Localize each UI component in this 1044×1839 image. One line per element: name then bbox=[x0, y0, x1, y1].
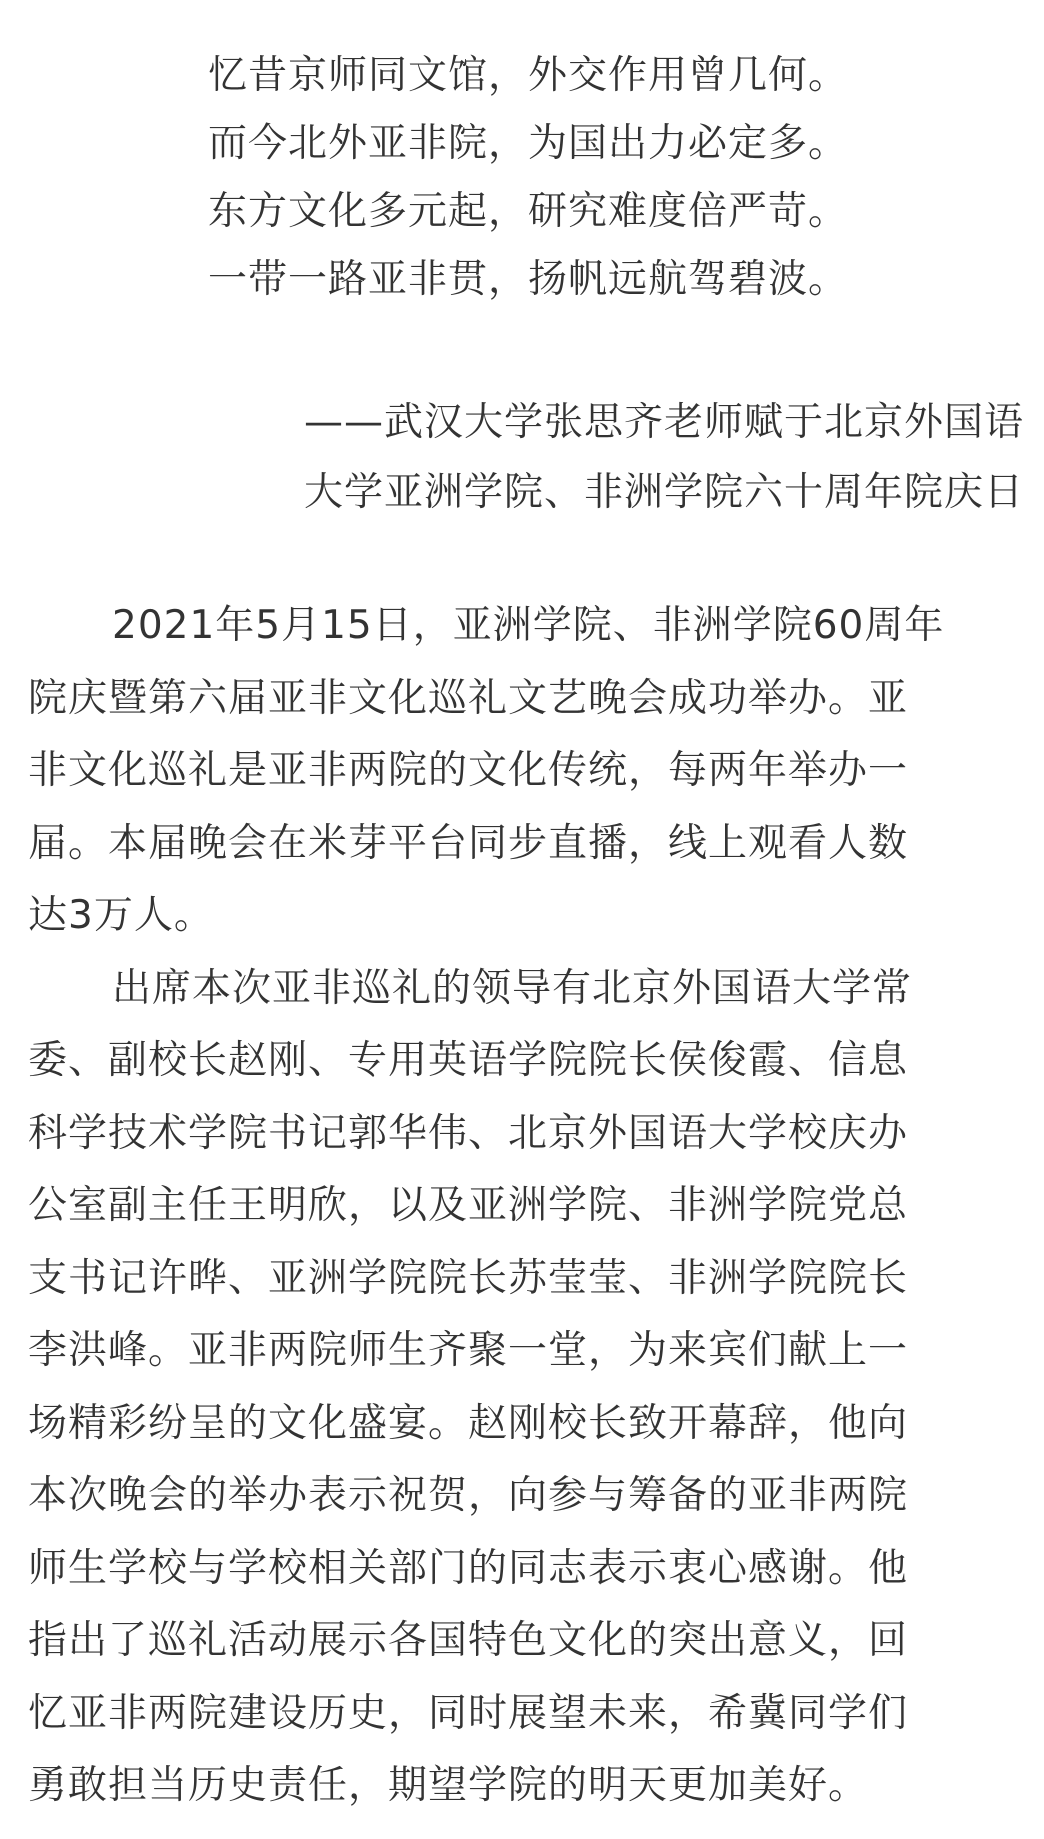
poem-line: 一带一路亚非贯，扬帆远航驾碧波。 bbox=[208, 246, 1028, 314]
attribution-line: 大学亚洲学院、非洲学院六十周年院庆日 bbox=[124, 458, 1024, 528]
poem-line: 而今北外亚非院，为国出力必定多。 bbox=[208, 110, 1028, 178]
paragraph-line: 出席本次亚非巡礼的领导有北京外国语大学常 bbox=[28, 953, 1018, 1026]
paragraph-line: 本次晚会的举办表示祝贺，向参与筹备的亚非两院 bbox=[28, 1460, 1018, 1533]
attribution-line: ——武汉大学张思齐老师赋于北京外国语 bbox=[124, 388, 1024, 458]
paragraph-line: 2021年5月15日，亚洲学院、非洲学院60周年 bbox=[28, 590, 1018, 663]
paragraph-line: 非文化巡礼是亚非两院的文化传统，每两年举办一 bbox=[28, 735, 1018, 808]
paragraph-line: 忆亚非两院建设历史，同时展望未来，希冀同学们 bbox=[28, 1678, 1018, 1751]
paragraph-event-summary: 2021年5月15日，亚洲学院、非洲学院60周年 院庆暨第六届亚非文化巡礼文艺晚… bbox=[28, 590, 1018, 953]
paragraph-line: 勇敢担当历史责任，期望学院的明天更加美好。 bbox=[28, 1750, 1018, 1823]
paragraph-line: 达3万人。 bbox=[28, 880, 1018, 953]
poem-attribution: ——武汉大学张思齐老师赋于北京外国语 大学亚洲学院、非洲学院六十周年院庆日 bbox=[124, 388, 1024, 528]
paragraph-line: 届。本届晚会在米芽平台同步直播，线上观看人数 bbox=[28, 808, 1018, 881]
paragraph-line: 场精彩纷呈的文化盛宴。赵刚校长致开幕辞，他向 bbox=[28, 1388, 1018, 1461]
paragraph-line: 指出了巡礼活动展示各国特色文化的突出意义，回 bbox=[28, 1605, 1018, 1678]
paragraph-line: 院庆暨第六届亚非文化巡礼文艺晚会成功举办。亚 bbox=[28, 663, 1018, 736]
article-body: 2021年5月15日，亚洲学院、非洲学院60周年 院庆暨第六届亚非文化巡礼文艺晚… bbox=[28, 590, 1018, 1823]
paragraph-line: 师生学校与学校相关部门的同志表示衷心感谢。他 bbox=[28, 1533, 1018, 1606]
paragraph-line: 公室副主任王明欣，以及亚洲学院、非洲学院党总 bbox=[28, 1170, 1018, 1243]
paragraph-attendees: 出席本次亚非巡礼的领导有北京外国语大学常 委、副校长赵刚、专用英语学院院长侯俊霞… bbox=[28, 953, 1018, 1823]
paragraph-line: 委、副校长赵刚、专用英语学院院长侯俊霞、信息 bbox=[28, 1025, 1018, 1098]
poem-line: 东方文化多元起，研究难度倍严苛。 bbox=[208, 178, 1028, 246]
poem: 忆昔京师同文馆，外交作用曾几何。 而今北外亚非院，为国出力必定多。 东方文化多元… bbox=[208, 42, 1028, 314]
poem-line: 忆昔京师同文馆，外交作用曾几何。 bbox=[208, 42, 1028, 110]
paragraph-line: 李洪峰。亚非两院师生齐聚一堂，为来宾们献上一 bbox=[28, 1315, 1018, 1388]
paragraph-line: 支书记许晔、亚洲学院院长苏莹莹、非洲学院院长 bbox=[28, 1243, 1018, 1316]
paragraph-line: 科学技术学院书记郭华伟、北京外国语大学校庆办 bbox=[28, 1098, 1018, 1171]
